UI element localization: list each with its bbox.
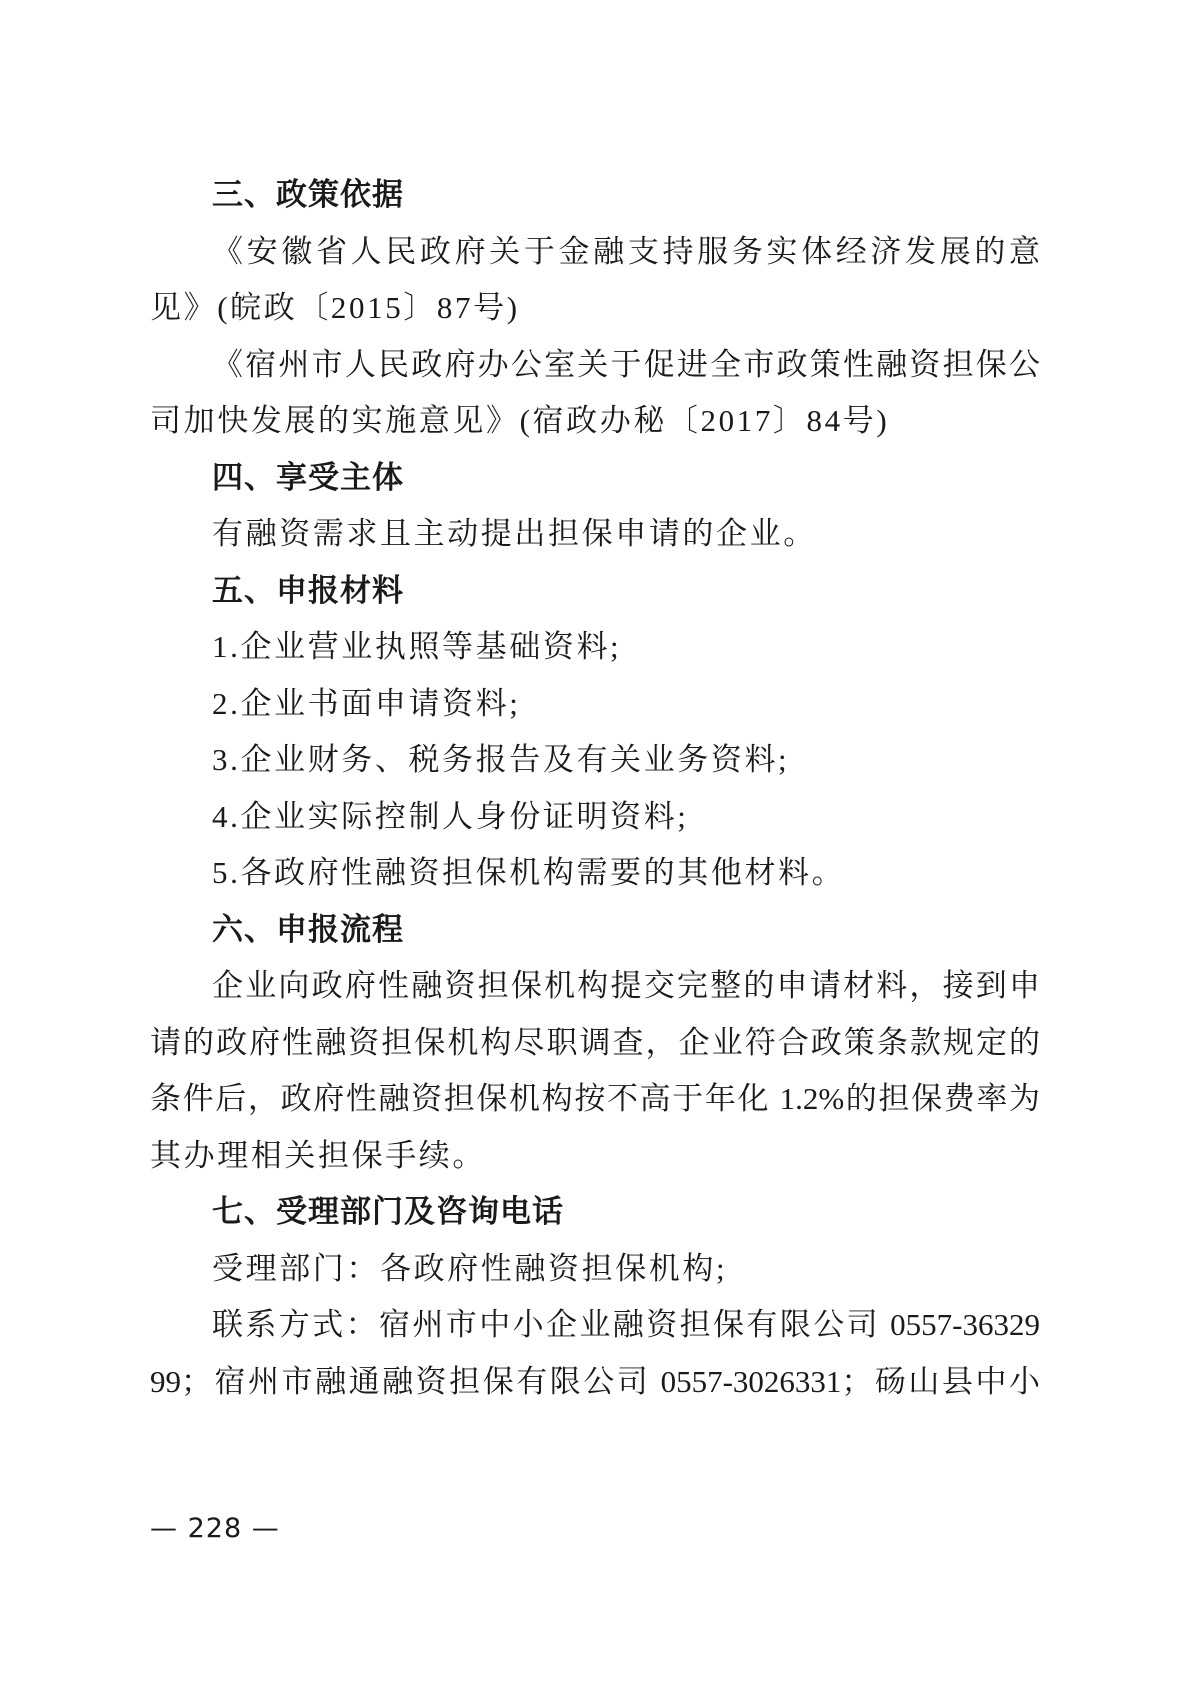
paragraph-line: 条件后，政府性融资担保机构按不高于年化 1.2%的担保费率为: [150, 1079, 1040, 1119]
paragraph-line: 有融资需求且主动提出担保申请的企业。: [212, 514, 817, 554]
paragraph-line: 企业向政府性融资担保机构提交完整的申请材料，接到申: [212, 966, 1040, 1006]
paragraph-line: 见》(皖政〔2015〕87号): [150, 288, 520, 328]
page-number: — 228 —: [150, 1512, 280, 1546]
paragraph-line: 联系方式：宿州市中小企业融资担保有限公司 0557-36329: [212, 1305, 1040, 1345]
paragraph-line: 司加快发展的实施意见》(宿政办秘〔2017〕84号): [150, 401, 889, 441]
paragraph-line: 受理部门：各政府性融资担保机构;: [212, 1249, 727, 1289]
section-heading-materials: 五、申报材料: [212, 571, 404, 611]
section-heading-contact: 七、受理部门及咨询电话: [212, 1192, 564, 1232]
section-heading-beneficiary: 四、享受主体: [212, 458, 404, 498]
list-item: 3.企业财务、税务报告及有关业务资料;: [212, 740, 789, 780]
paragraph-line: 请的政府性融资担保机构尽职调查，企业符合政策条款规定的: [150, 1023, 1040, 1063]
paragraph-line: 《宿州市人民政府办公室关于促进全市政策性融资担保公: [212, 345, 1040, 385]
paragraph-line: 99；宿州市融通融资担保有限公司 0557-3026331；砀山县中小: [150, 1362, 1040, 1402]
section-heading-policy-basis: 三、政策依据: [212, 175, 404, 215]
list-item: 4.企业实际控制人身份证明资料;: [212, 797, 688, 837]
list-item: 5.各政府性融资担保机构需要的其他材料。: [212, 853, 845, 893]
list-item: 1.企业营业执照等基础资料;: [212, 627, 621, 667]
list-item: 2.企业书面申请资料;: [212, 684, 520, 724]
section-heading-process: 六、申报流程: [212, 910, 404, 950]
paragraph-line: 其办理相关担保手续。: [150, 1136, 486, 1176]
paragraph-line: 《安徽省人民政府关于金融支持服务实体经济发展的意: [212, 232, 1040, 272]
